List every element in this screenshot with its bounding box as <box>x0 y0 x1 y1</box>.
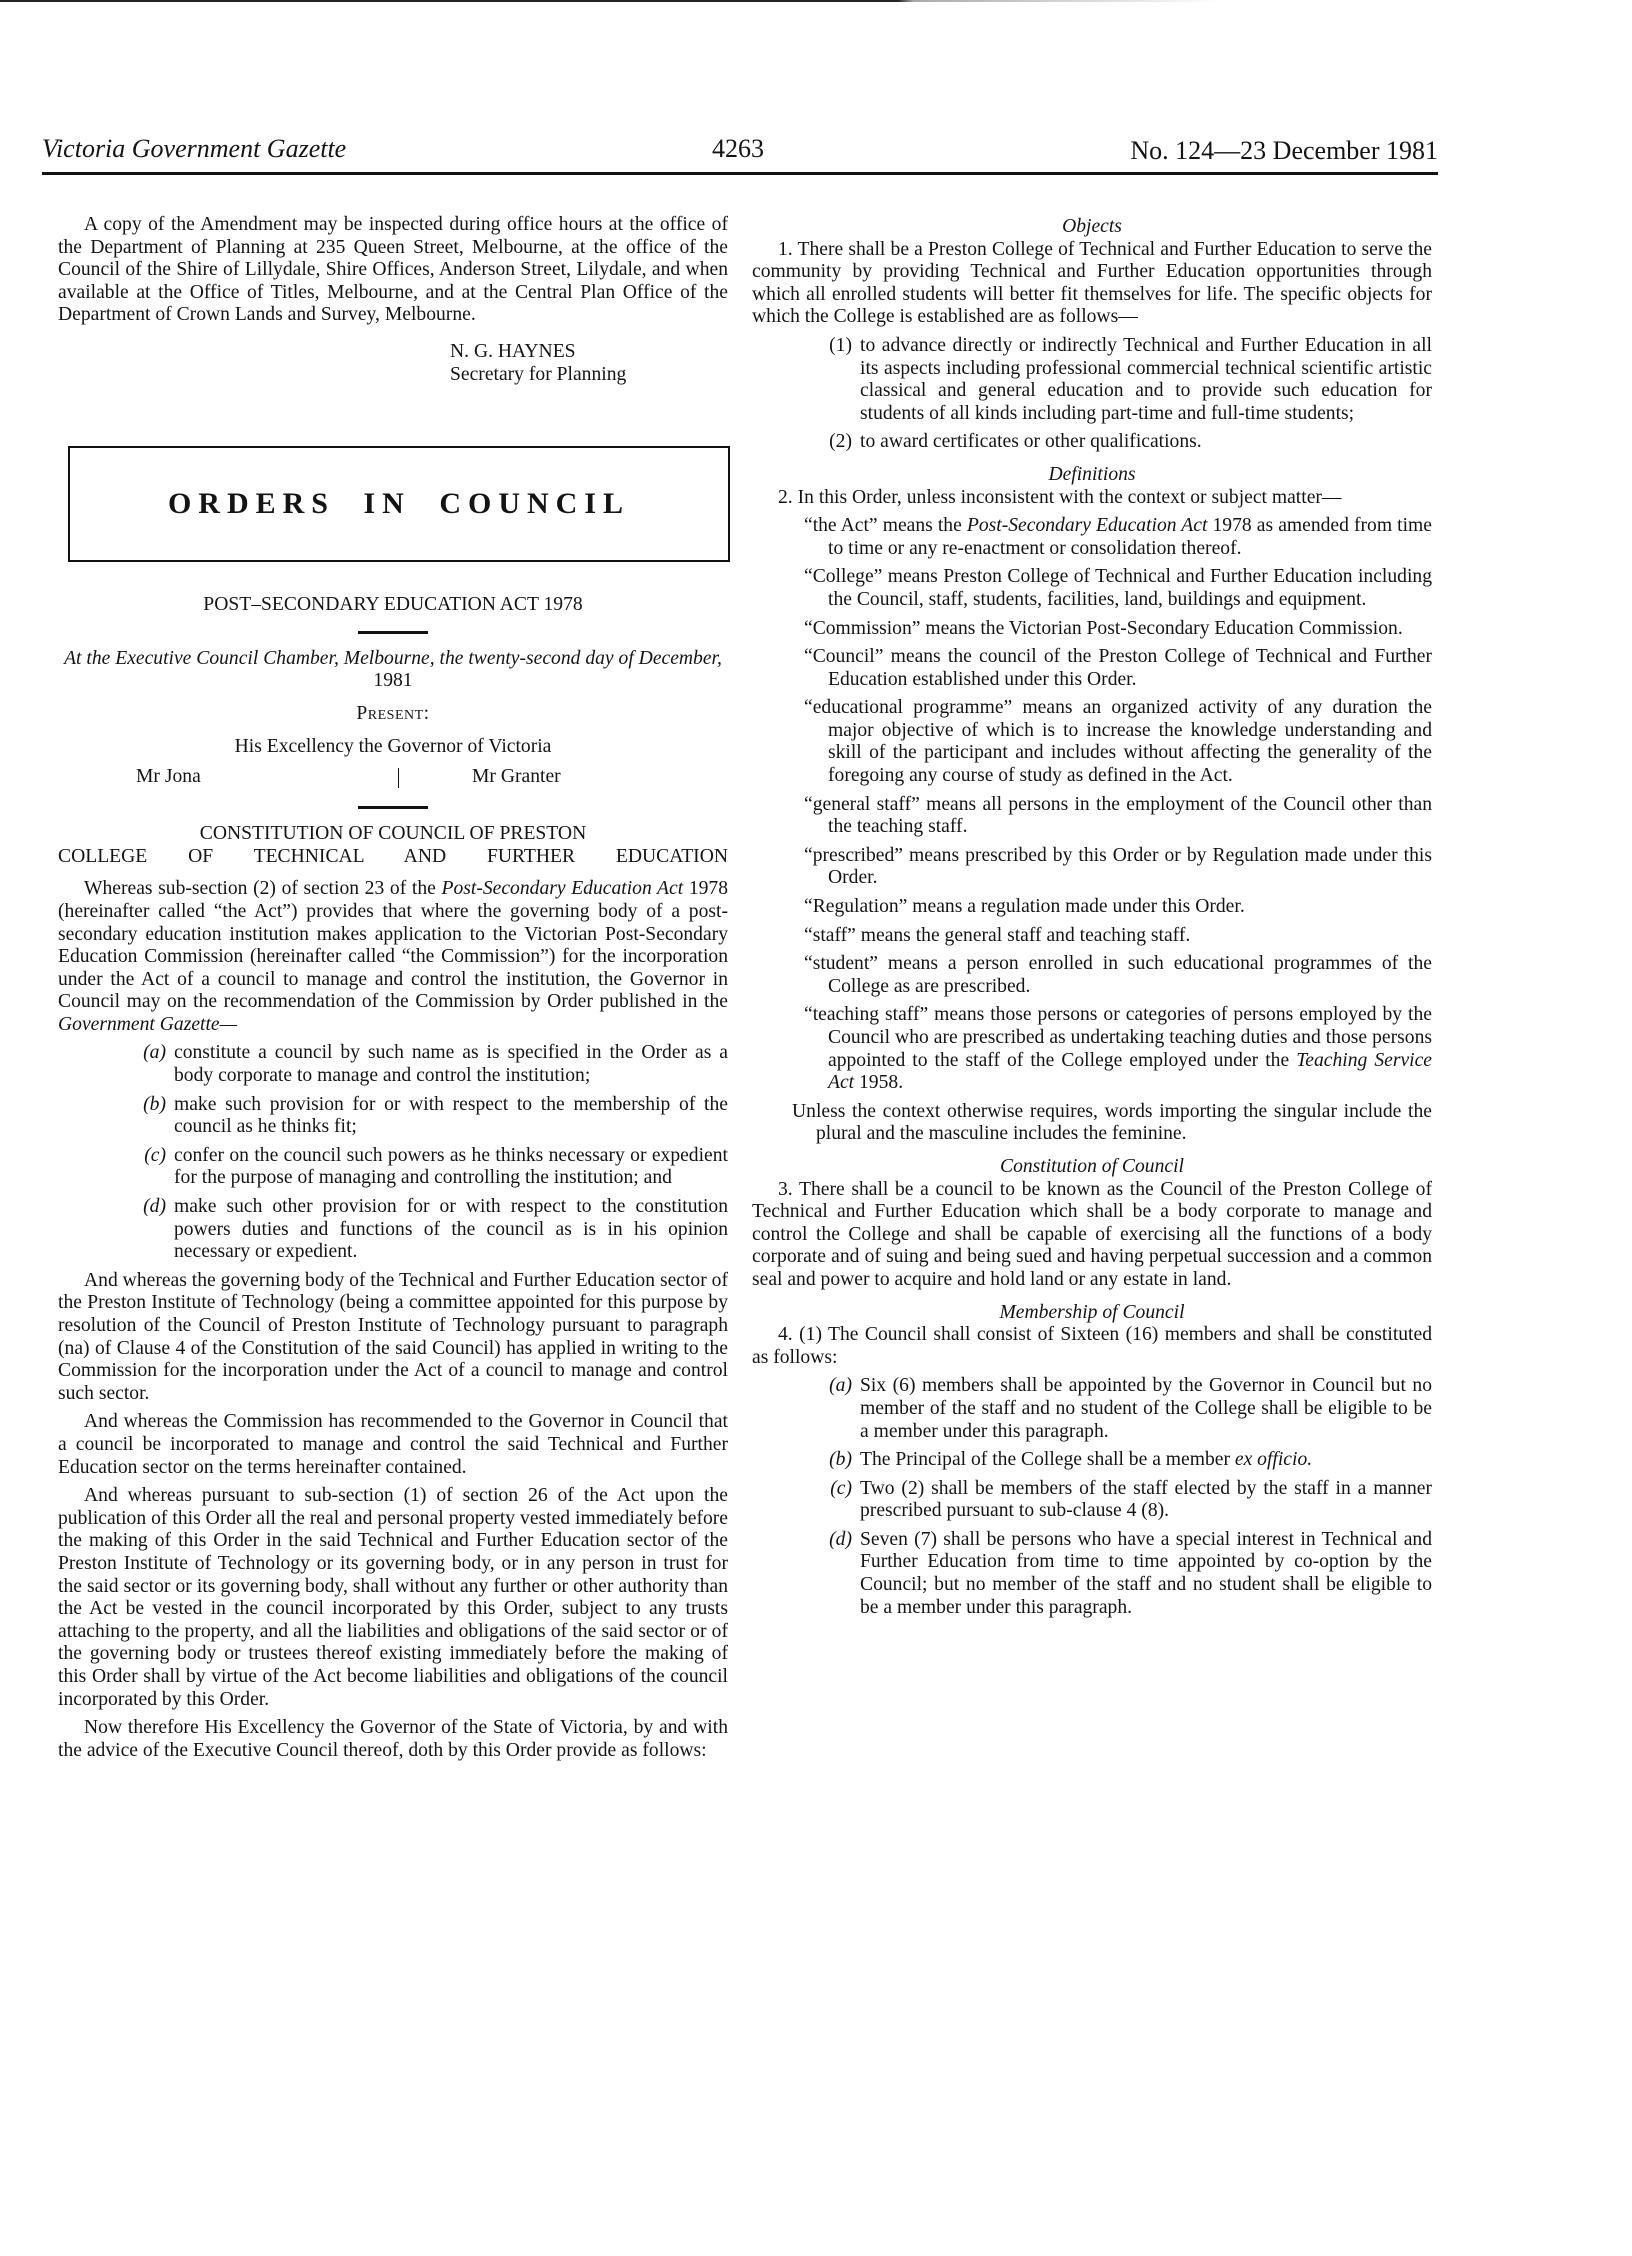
signatory-name: N. G. HAYNES <box>450 341 728 364</box>
whereas-paragraph-4: And whereas pursuant to sub-section (1) … <box>58 1485 728 1711</box>
header-rule <box>42 172 1438 175</box>
definition-item: “staff” means the general staff and teac… <box>804 925 1432 948</box>
interpretation-note: Unless the context otherwise requires, w… <box>792 1101 1432 1146</box>
clause-3: 3. There shall be a council to be known … <box>752 1179 1432 1292</box>
left-column: A copy of the Amendment may be inspected… <box>58 214 728 1762</box>
present-member-right: Mr Granter <box>472 766 561 789</box>
issue-date: No. 124—23 December 1981 <box>1130 136 1438 166</box>
divider <box>358 806 428 809</box>
definitions-list: “the Act” means the Post-Secondary Educa… <box>752 515 1432 1146</box>
definition-item: “Commission” means the Victorian Post-Se… <box>804 618 1432 641</box>
act-title: POST–SECONDARY EDUCATION ACT 1978 <box>58 594 728 617</box>
section-banner-title: ORDERS IN COUNCIL <box>168 493 630 516</box>
governor-line: His Excellency the Governor of Victoria <box>58 736 728 759</box>
list-item: (a) Six (6) members shall be appointed b… <box>752 1375 1432 1443</box>
list-item: (2) to award certificates or other quali… <box>752 431 1432 454</box>
definitions-heading: Definitions <box>752 464 1432 487</box>
section-banner: ORDERS IN COUNCIL <box>68 446 730 562</box>
order-title-line-2: COLLEGE OF TECHNICAL AND FURTHER EDUCATI… <box>58 846 728 869</box>
membership-list: (a) Six (6) members shall be appointed b… <box>752 1375 1432 1619</box>
whereas-paragraph-3: And whereas the Commission has recommend… <box>58 1411 728 1479</box>
objects-list: (1) to advance directly or indirectly Te… <box>752 335 1432 454</box>
now-therefore-paragraph: Now therefore His Excellency the Governo… <box>58 1717 728 1762</box>
list-item: (c) confer on the council such powers as… <box>58 1145 728 1190</box>
divider <box>358 631 428 634</box>
page-number: 4263 <box>712 134 764 164</box>
venue-line: At the Executive Council Chamber, Melbou… <box>58 648 728 693</box>
definition-item: “Regulation” means a regulation made und… <box>804 896 1432 919</box>
clause-1: 1. There shall be a Preston College of T… <box>752 239 1432 329</box>
present-member-left: Mr Jona <box>136 766 201 789</box>
present-label: Present: <box>58 703 728 726</box>
right-column: Objects 1. There shall be a Preston Coll… <box>752 214 1432 1619</box>
definition-item: “the Act” means the Post-Secondary Educa… <box>804 515 1432 560</box>
list-item: (b) make such provision for or with resp… <box>58 1094 728 1139</box>
present-members: Mr Jona Mr Granter <box>58 766 728 792</box>
constitution-heading: Constitution of Council <box>752 1156 1432 1179</box>
list-item: (d) make such other provision for or wit… <box>58 1196 728 1264</box>
page-header: Victoria Government Gazette 4263 No. 124… <box>42 134 1438 174</box>
whereas-paragraph-1: Whereas sub-section (2) of section 23 of… <box>58 878 728 1036</box>
signatory-title: Secretary for Planning <box>450 364 728 387</box>
publication-title: Victoria Government Gazette <box>42 134 346 164</box>
signature-block: N. G. HAYNES Secretary for Planning <box>450 341 728 386</box>
definition-item: “student” means a person enrolled in suc… <box>804 953 1432 998</box>
order-title-line-1: CONSTITUTION OF COUNCIL OF PRESTON <box>58 823 728 846</box>
definition-item: “College” means Preston College of Techn… <box>804 566 1432 611</box>
whereas-paragraph-2: And whereas the governing body of the Te… <box>58 1270 728 1406</box>
clause-2: 2. In this Order, unless inconsistent wi… <box>752 487 1432 510</box>
objects-heading: Objects <box>752 216 1432 239</box>
list-item: (a) constitute a council by such name as… <box>58 1042 728 1087</box>
list-item: (1) to advance directly or indirectly Te… <box>752 335 1432 425</box>
clause-4: 4. (1) The Council shall consist of Sixt… <box>752 1324 1432 1369</box>
definition-item: “Council” means the council of the Prest… <box>804 646 1432 691</box>
definition-item: “prescribed” means prescribed by this Or… <box>804 845 1432 890</box>
definition-item: “teaching staff” means those persons or … <box>804 1004 1432 1094</box>
definition-item: “general staff” means all persons in the… <box>804 794 1432 839</box>
powers-list: (a) constitute a council by such name as… <box>58 1042 728 1263</box>
list-item: (b) The Principal of the College shall b… <box>752 1449 1432 1472</box>
membership-heading: Membership of Council <box>752 1302 1432 1325</box>
list-item: (c) Two (2) shall be members of the staf… <box>752 1478 1432 1523</box>
list-item: (d) Seven (7) shall be persons who have … <box>752 1529 1432 1619</box>
column-separator <box>398 768 399 788</box>
amendment-notice: A copy of the Amendment may be inspected… <box>58 214 728 327</box>
top-scan-rule <box>0 0 1632 2</box>
definition-item: “educational programme” means an organiz… <box>804 697 1432 787</box>
